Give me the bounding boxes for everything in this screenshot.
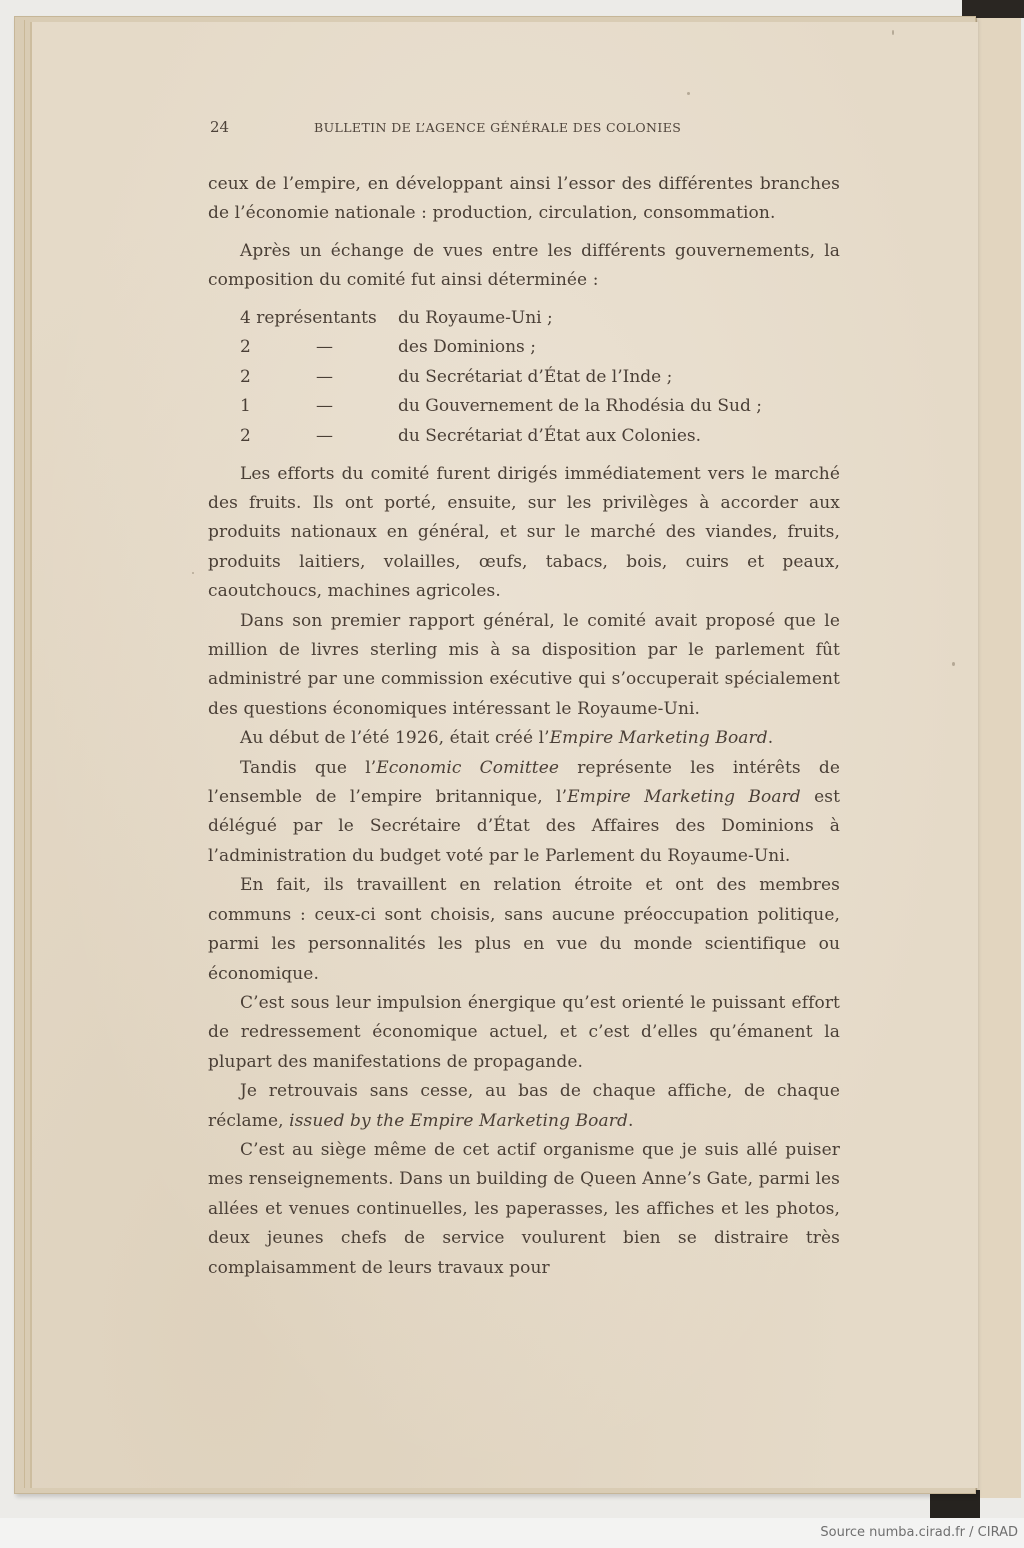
composition-count: 2 bbox=[240, 422, 288, 452]
paragraph: ceux de l’empire, en développant ainsi l… bbox=[208, 170, 840, 229]
paragraph: Je retrouvais sans cesse, au bas de chaq… bbox=[208, 1077, 840, 1136]
italic-term: Economic Comittee bbox=[376, 758, 559, 778]
italic-term: issued by the Empire Marketing Board bbox=[289, 1111, 628, 1131]
composition-row: 2 — du Secrétariat d’État de l’Inde ; bbox=[240, 363, 840, 393]
composition-row: 4 représentants du Royaume-Uni ; bbox=[240, 304, 840, 334]
paper-speck bbox=[952, 662, 955, 666]
page-fold-line bbox=[24, 20, 25, 1488]
composition-row: 2 — du Secrétariat d’État aux Colonies. bbox=[240, 422, 840, 452]
paper-speck bbox=[687, 92, 690, 95]
paragraph: Dans son premier rapport général, le com… bbox=[208, 607, 840, 725]
composition-count: 2 bbox=[240, 363, 288, 393]
composition-count: 1 bbox=[240, 392, 288, 422]
page-number: 24 bbox=[210, 118, 229, 136]
scan-image: 24 BULLETIN DE L’AGENCE GÉNÉRALE DES COL… bbox=[0, 0, 1024, 1518]
source-caption: Source numba.cirad.fr / CIRAD bbox=[820, 1525, 1018, 1540]
running-head: 24 BULLETIN DE L’AGENCE GÉNÉRALE DES COL… bbox=[208, 118, 840, 142]
paragraph: C’est sous leur impulsion énergique qu’e… bbox=[208, 989, 840, 1077]
paragraph: C’est au siège même de cet actif organis… bbox=[208, 1136, 840, 1283]
composition-body: des Dominions ; bbox=[398, 333, 840, 363]
paragraph: En fait, ils travaillent en relation étr… bbox=[208, 871, 840, 989]
composition-ditto: — bbox=[288, 392, 398, 422]
paragraph: Tandis que l’Economic Comittee représent… bbox=[208, 754, 840, 872]
composition-ditto: — bbox=[288, 363, 398, 393]
running-head-title: BULLETIN DE L’AGENCE GÉNÉRALE DES COLONI… bbox=[314, 120, 681, 135]
scan-viewer: 24 BULLETIN DE L’AGENCE GÉNÉRALE DES COL… bbox=[0, 0, 1024, 1548]
composition-body: du Secrétariat d’État de l’Inde ; bbox=[398, 363, 840, 393]
composition-row: 1 — du Gouvernement de la Rhodésia du Su… bbox=[240, 392, 840, 422]
composition-row: 2 — des Dominions ; bbox=[240, 333, 840, 363]
italic-term: Empire Marketing Board bbox=[567, 787, 801, 807]
composition-body: du Gouvernement de la Rhodésia du Sud ; bbox=[398, 392, 840, 422]
paper-speck bbox=[192, 572, 194, 574]
composition-body: du Secrétariat d’État aux Colonies. bbox=[398, 422, 840, 452]
paragraph: Au début de l’été 1926, était créé l’Emp… bbox=[208, 724, 840, 753]
paragraph: Les efforts du comité furent dirigés imm… bbox=[208, 460, 840, 607]
committee-composition-list: 4 représentants du Royaume-Uni ; 2 — des… bbox=[240, 304, 840, 452]
paragraph: Après un échange de vues entre les diffé… bbox=[208, 237, 840, 296]
composition-ditto: — bbox=[288, 333, 398, 363]
composition-ditto: — bbox=[288, 422, 398, 452]
composition-count-label: 4 représentants bbox=[240, 304, 398, 334]
paper-speck bbox=[892, 30, 894, 35]
page-edge-right bbox=[976, 18, 1021, 1498]
binding-shadow-bottom bbox=[930, 1490, 980, 1518]
page-text: 24 BULLETIN DE L’AGENCE GÉNÉRALE DES COL… bbox=[208, 118, 840, 1283]
italic-term: Empire Marketing Board bbox=[550, 728, 768, 748]
composition-count: 2 bbox=[240, 333, 288, 363]
composition-body: du Royaume-Uni ; bbox=[398, 304, 840, 334]
